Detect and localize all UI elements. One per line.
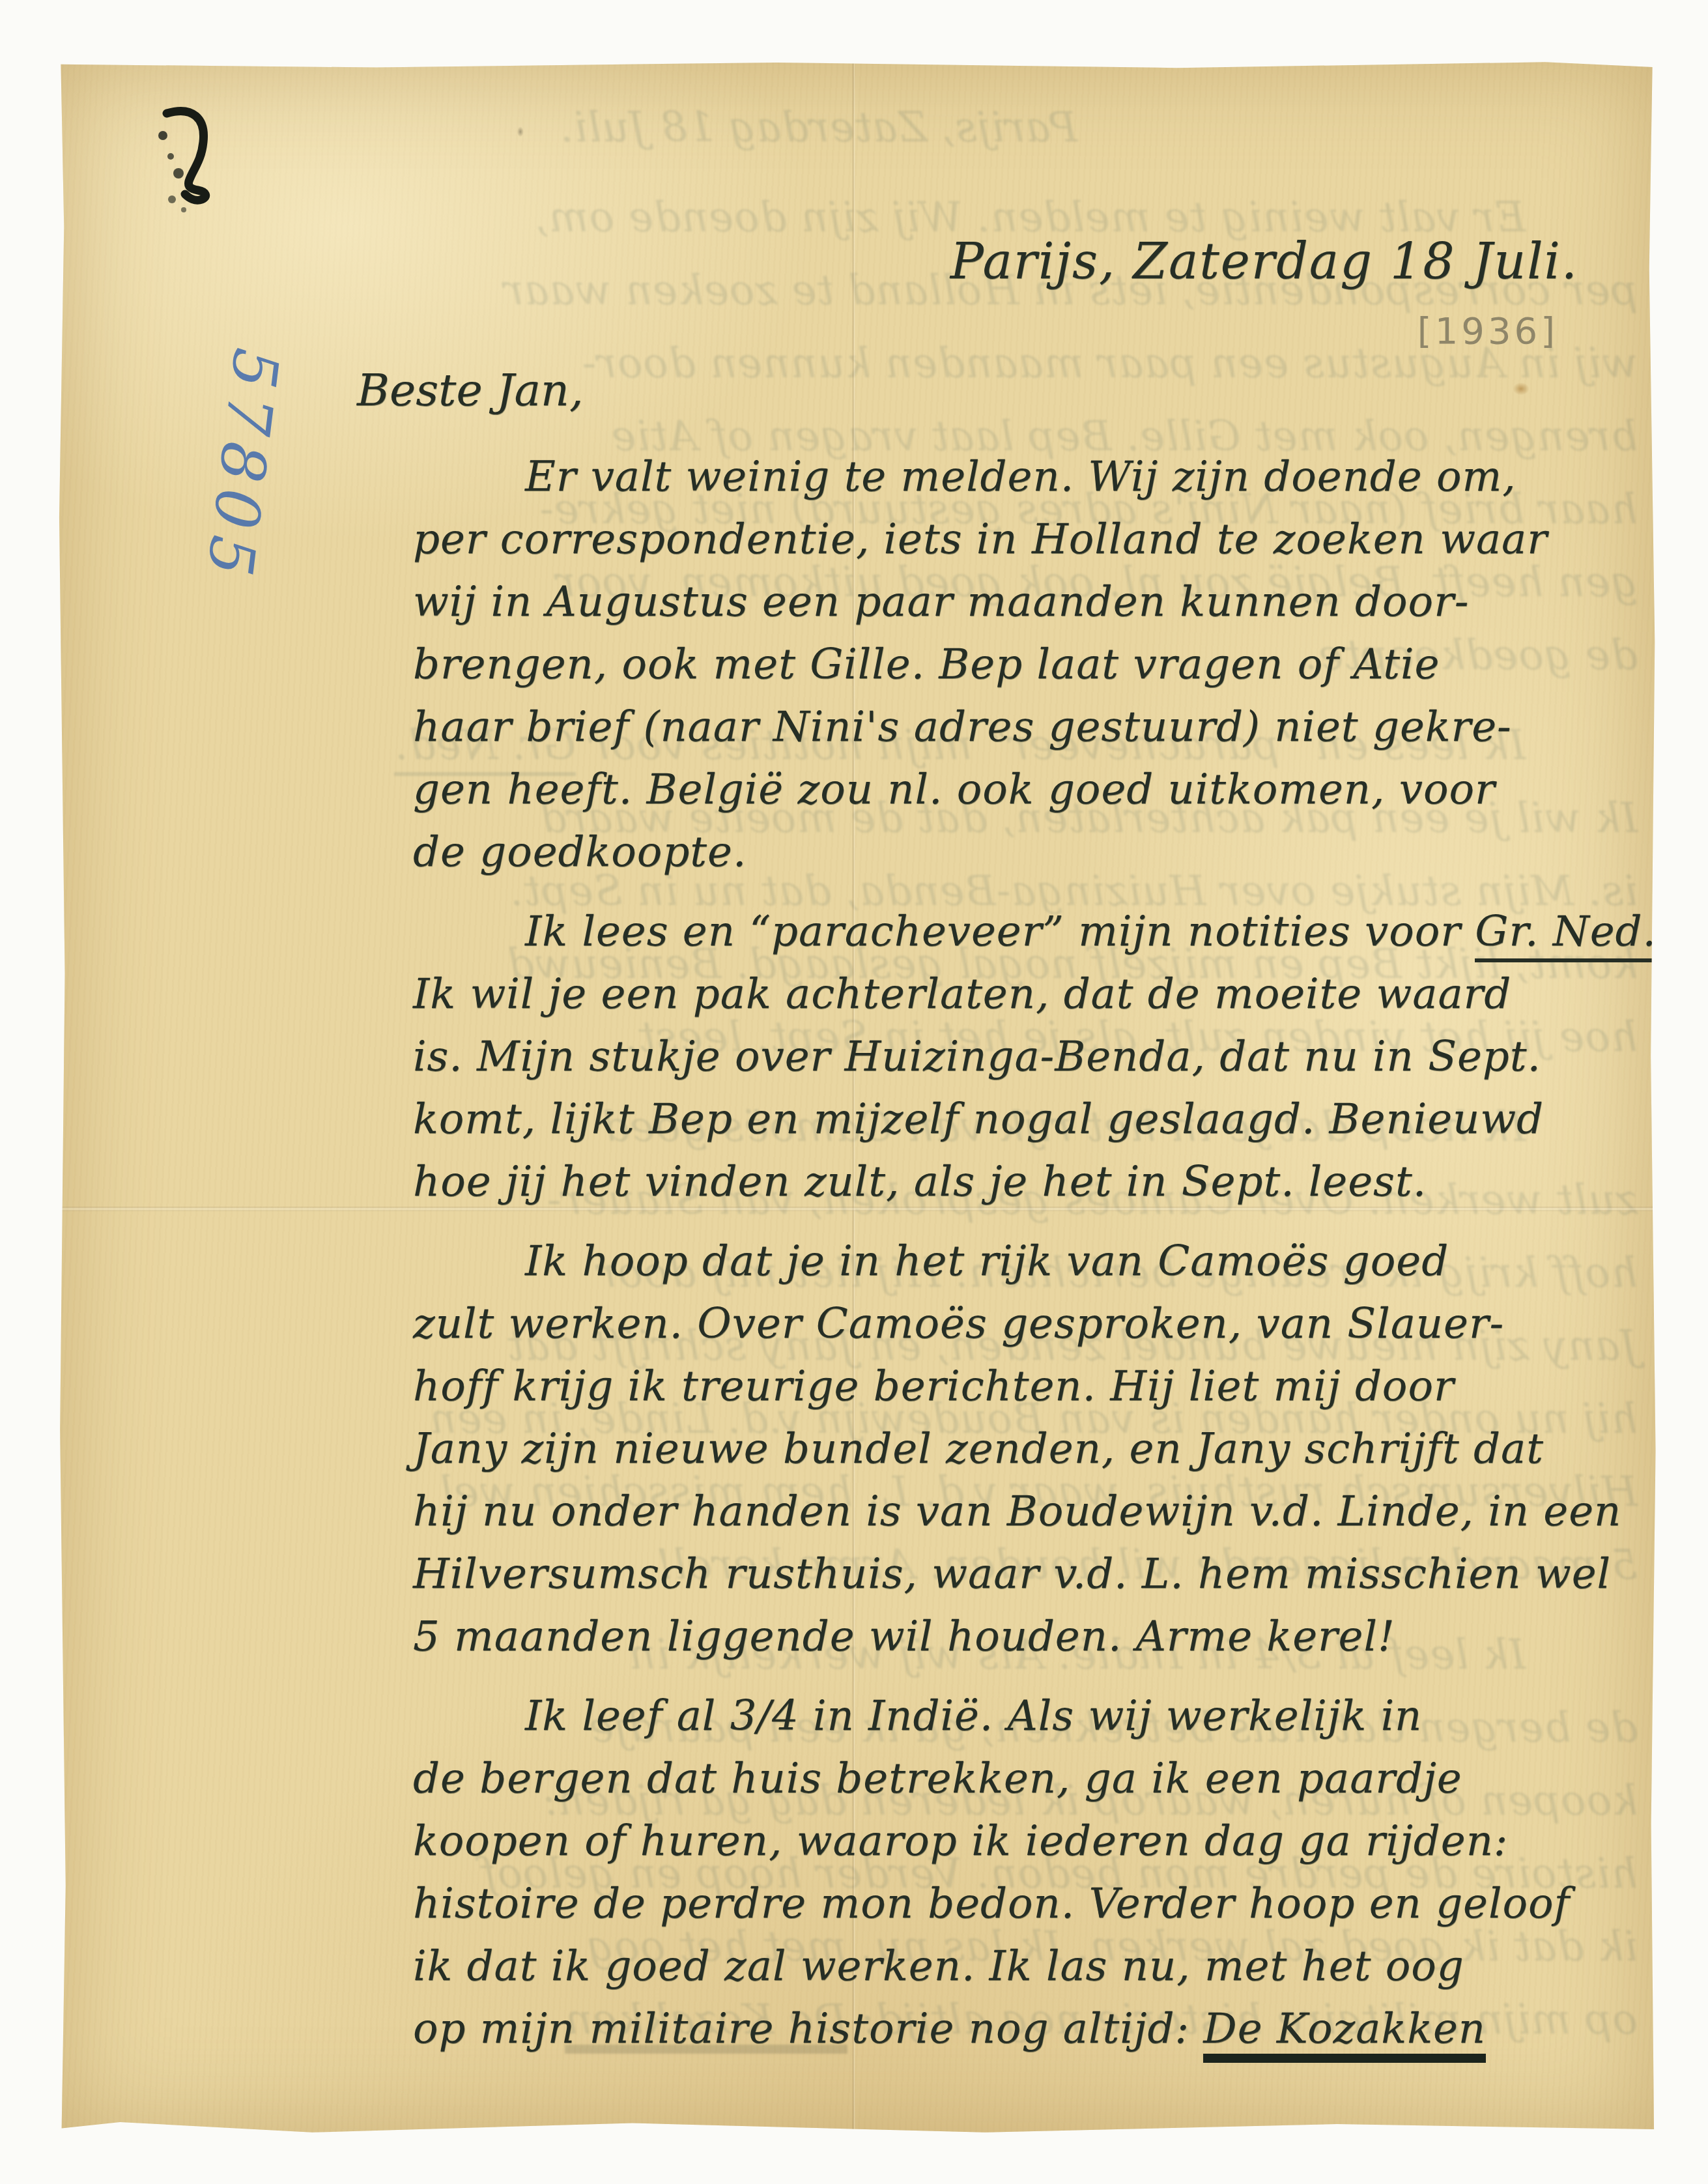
letter-line: Er valt weinig te melden. Wij zijn doend… [525,446,1638,508]
letter-line: op mijn militaire historie nog altijd: D… [413,1998,1638,2060]
year-annotation: [1936] [1417,310,1558,352]
dateline: Parijs, Zaterdag 18 Juli. [950,232,1578,290]
letter-line: Jany zijn nieuwe bundel zenden, en Jany … [413,1418,1638,1480]
letter-body: Er valt weinig te melden. Wij zijn doend… [413,446,1638,2060]
letter-paper: Parijs, Zaterdag 18 Juli.Er valt weinig … [56,61,1657,2134]
letter-line: gen heeft. België zou nl. ook goed uitko… [413,758,1638,821]
letter-line: komt, lijkt Bep en mijzelf nogal geslaag… [413,1088,1638,1151]
letter-line: zult werken. Over Camoës gesproken, van … [413,1293,1638,1355]
letter-line: de bergen dat huis betrekken, ga ik een … [413,1747,1638,1810]
letter-line: hij nu onder handen is van Boudewijn v.d… [413,1480,1638,1543]
letter-line: wij in Augustus een paar maanden kunnen … [413,571,1638,633]
letter-line: Ik leef al 3/4 in Indië. Als wij werkeli… [525,1685,1638,1747]
letter-line: per correspondentie, iets in Holland te … [413,508,1638,571]
letter-line: ik dat ik goed zal werken. Ik las nu, me… [413,1935,1638,1998]
letter-line: Ik wil je een pak achterlaten, dat de mo… [413,963,1638,1026]
letter-line: haar brief (naar Nini's adres gestuurd) … [413,696,1638,758]
archive-number: 57805 [192,345,292,588]
letter-line: brengen, ook met Gille. Bep laat vragen … [413,633,1638,696]
letter-line: koopen of huren, waarop ik iederen dag g… [413,1810,1638,1873]
scanner-background: Parijs, Zaterdag 18 Juli.Er valt weinig … [0,0,1708,2184]
letter-line: de goedkoopte. [413,821,1638,884]
letter-line: Ik hoop dat je in het rijk van Camoës go… [525,1230,1638,1293]
letter-line: 5 maanden liggende wil houden. Arme kere… [413,1605,1638,1668]
letter-line: hoe jij het vinden zult, als je het in S… [413,1151,1638,1213]
ink-blot [133,102,244,232]
letter-line: Hilversumsch rusthuis, waar v.d. L. hem … [413,1543,1638,1605]
salutation: Beste Jan, [357,365,584,416]
letter-line: histoire de perdre mon bedon. Verder hoo… [413,1873,1638,1935]
letter-line: is. Mijn stukje over Huizinga-Benda, dat… [413,1026,1638,1088]
letter-line: Ik lees en “paracheveer” mijn notities v… [525,900,1638,963]
letter-line: hoff krijg ik treurige berichten. Hij li… [413,1355,1638,1418]
